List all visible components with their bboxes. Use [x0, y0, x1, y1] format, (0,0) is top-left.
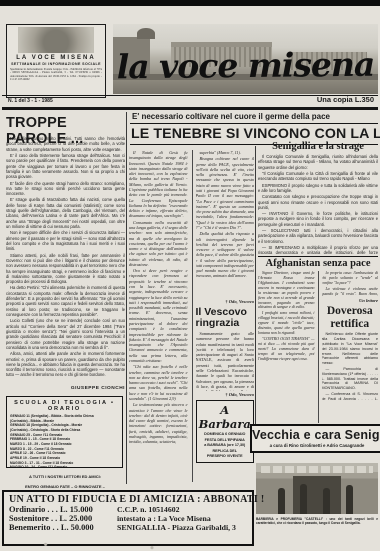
paragraph: Il Consiglio Comunale di Senigallia, riu…: [258, 154, 378, 170]
ccp-holder: intestato a : La Voce Misena: [117, 514, 211, 523]
barbara-lines: DOMENICA 6 GENNAIOFESTA DELL'EPIFANIAa B…: [199, 432, 252, 460]
paragraph: E' strage quella di Marzabotto fatta dai…: [6, 197, 125, 229]
tier-ordinario: Ordinario . . . L. 15.000: [9, 505, 117, 514]
column-divider: [255, 146, 256, 424]
paragraph: La violenza è violenza anche quando fa "…: [322, 287, 379, 297]
paragraph: Consumato nella oscurità di una lunga ga…: [129, 220, 188, 268]
dome-shape: [137, 28, 156, 39]
paragraph: superbia" (Marco 7, 11).: [196, 150, 255, 155]
masthead-smallprint: Spedizione in Abbonamento Postale Gruppo…: [10, 68, 102, 83]
paragraph: Constatato con sdegno e preoccupazione c…: [258, 194, 378, 210]
paragraph: Lucio Colletti (uno che se ne intende) c…: [6, 318, 125, 350]
paragraph: Ora si deve però reagire e rispondere co…: [129, 268, 188, 363]
copy-price: Una copia L.350: [317, 95, 374, 104]
rule: [258, 256, 378, 257]
vecchia-title: Vecchia e cara Senigallia: [252, 428, 380, 442]
paragraph: Ha detto Pertini: "Chi alimenta polemich…: [6, 285, 125, 317]
afghanistan-col-b-text: la propria casa: l'ambasciata di chi par…: [322, 271, 379, 297]
paragraph: La testimonianza più sincera e autentica…: [129, 402, 188, 444]
article-vescovo-ringrazia: Sommamente grato alle numerose persone c…: [196, 331, 255, 391]
bishop-signature: † Odo, Vescovo: [196, 299, 255, 304]
person-figure: [278, 488, 285, 514]
headline-doverosa-rettifica: Doverosa rettifica: [322, 305, 379, 330]
paragraph: — SOLLECITANO tutti i democratici, i cit…: [258, 228, 378, 244]
photo-caption: BARBIERIA e PROFUMERIA "CASTELLI" : uno …: [256, 517, 378, 526]
byline-giuseppe-cionchi: GIUSEPPE CIONCHI: [6, 386, 125, 391]
scuola-schedule: GENNAIO 11 (Senigallia) - Bibbia - Stori…: [10, 414, 119, 468]
paragraph: Dalla qualità della risposta a tali inte…: [196, 231, 255, 279]
vecchia-senigallia-box: Vecchia e cara Senigallia a cura di Rino…: [250, 424, 380, 453]
paragraph: Signor Direttore, cinque anni fa l'Armat…: [258, 271, 315, 310]
person-figure: [346, 485, 353, 514]
paper-specks: [0, 540, 380, 551]
rocca-photo: [18, 27, 94, 53]
tier-sostenitore: Sostenitore . . L. 25.000: [9, 514, 117, 523]
issue-number: N. 1 del 3 - 1 - 1985: [8, 98, 53, 104]
kicker: E' necessario coltivare nel cuore il ger…: [130, 111, 378, 124]
rule-thick: [2, 107, 378, 110]
masthead-info-box: LA VOCE MISENA SETTIMANALE DI INFORMAZIO…: [6, 24, 106, 98]
paragraph: — Conferenza di S. Vincenzo de Paoli di …: [322, 392, 379, 402]
headline-afghanistan: Afghanistan senza pace: [258, 258, 378, 269]
scuola-teologia-box: SCUOLA DI TEOLOGIA • ORARIO GENNAIO 11 (…: [6, 396, 123, 468]
editorial-col-b: superbia" (Marco 7, 11).Bisogna coltivar…: [192, 150, 255, 482]
subscription-row: Sostenitore . . L. 25.000 intestato a : …: [9, 514, 247, 523]
paragraph: Allora, amici, attenti alle parole anche…: [6, 351, 125, 378]
paragraph: — SI IMPEGNANO a moltiplicare il proprio…: [258, 245, 378, 254]
paragraph: — INVITANO il Governo, le forze politich…: [258, 211, 378, 227]
paragraph: E' il caso della tristemente famosa stra…: [6, 153, 125, 180]
barbara-notice-box: A Barbara DOMENICA 6 GENNAIOFESTA DELL'E…: [196, 400, 255, 463]
paragraph: Non è neppure difficile dire che i servi…: [6, 230, 125, 251]
headline-vescovo-ringrazia: Il Vescovo ringrazia: [196, 307, 255, 329]
nameplate-script-title: la voce misena: [113, 45, 378, 87]
rettifica-title-line2: rettifica: [330, 318, 369, 330]
ccp-number: C.C.P. n. 10514602: [117, 505, 180, 514]
paragraph: "CONTRO OGNI TIRANNIA" — mi si dica — ch…: [258, 337, 315, 362]
paragraph: I profughi sono ormai milioni, i villagg…: [258, 311, 315, 336]
paragraph: "Chi odia suo fratello è nelle tenebre, …: [129, 364, 188, 401]
column-divider: [126, 112, 127, 484]
paragraph: E' facile dire che queste stragi hanno d…: [6, 181, 125, 197]
paragraph: Il Natale di Gesù fu insanguinato dalla …: [129, 150, 188, 219]
tier-benemerito: Benemerito . . L. 50.000: [9, 523, 117, 532]
article-senigallia-strage: Il Consiglio Comunale di Senigallia, riu…: [258, 154, 378, 254]
headline-senigallia-strage: Senigallia e la strage: [258, 141, 378, 152]
masthead-box-subtitle: SETTIMANALE DI INFORMAZIONE SOCIALE: [10, 62, 102, 66]
paragraph: ESPRIMONO il proprio sdegno e tutta la s…: [258, 183, 378, 194]
paragraph: DOMENICA 6 GENNAIO: [199, 432, 252, 438]
letter-signature: Un lettore: [322, 298, 379, 303]
person-figure: [323, 488, 330, 514]
scan-top-border: [0, 0, 380, 6]
lead-headline-block: E' necessario coltivare nel cuore il ger…: [130, 111, 378, 145]
paragraph: a BARBARA (ore 17,30): [199, 443, 252, 449]
shop-sign-shape: [261, 466, 373, 473]
storefront-photo: [256, 463, 378, 514]
barbara-title: A Barbara: [199, 403, 252, 431]
editorial-columns: Il Natale di Gesù fu insanguinato dalla …: [129, 150, 254, 482]
paragraph: — Parrocchia di Montemarciano (1ª offert…: [322, 367, 379, 391]
paragraph: Nell'elenco delle Offerte giunte alla Ca…: [322, 332, 379, 366]
subscription-box: UN ATTO DI FIDUCIA E DI AMICIZIA : ABBON…: [2, 490, 254, 546]
article-troppe-parole: Noi italiani siamo molto emotivi. Tutti …: [6, 136, 125, 384]
rettifica-title-line1: Doverosa: [327, 305, 373, 317]
editorial-col-b-text: superbia" (Marco 7, 11).Bisogna coltivar…: [196, 150, 255, 298]
afghanistan-columns: Signor Direttore, cinque anni fa l'Armat…: [258, 271, 378, 423]
paragraph: MAGGIO 10 - 24 - Come l'11 Gennaio: [10, 465, 119, 468]
scuola-title: SCUOLA DI TEOLOGIA • ORARIO: [10, 400, 119, 412]
vecchia-subtitle: a cura di Rino Girolimetti e Adrio Casag…: [252, 443, 380, 448]
paragraph: Stiamo attenti, poi, alle nobili frasi, …: [6, 253, 125, 285]
article-rettifica: Nell'elenco delle Offerte giunte alla Ca…: [322, 332, 379, 402]
editorial-col-a: Il Natale di Gesù fu insanguinato dalla …: [129, 150, 188, 482]
person-figure: [300, 484, 307, 514]
afghanistan-col-b: la propria casa: l'ambasciata di chi par…: [318, 271, 379, 423]
bishop-signature-2: † Odo, Vescovo: [196, 392, 255, 397]
afghanistan-col-a: Signor Direttore, cinque anni fa l'Armat…: [258, 271, 315, 423]
ccp-address: SENIGALLIA - Piazza Garibaldi, 3: [117, 523, 236, 532]
paragraph: A TUTTI I NOSTRI LETTORI ED AMICI:: [2, 474, 128, 480]
subscription-title: UN ATTO DI FIDUCIA E DI AMICIZIA : ABBON…: [9, 494, 247, 505]
paragraph: la propria casa: l'ambasciata di chi par…: [322, 271, 379, 286]
paragraph: PRESEPIO VIVENTE: [199, 454, 252, 460]
paragraph: "Il Consiglio Comunale e la Città di Sen…: [258, 171, 378, 182]
paragraph: Sommamente grato alle numerose persone c…: [196, 331, 255, 391]
masthead-box-title: LA VOCE MISENA: [10, 55, 102, 61]
subscription-row: Ordinario . . . L. 15.000 C.C.P. n. 1051…: [9, 505, 247, 514]
subscription-row: Benemerito . . L. 50.000 SENIGALLIA - Pi…: [9, 523, 247, 532]
right-column: Senigallia e la strage Il Consiglio Comu…: [258, 141, 378, 423]
paragraph: Bisogna coltivare nel cuore il germe del…: [196, 156, 255, 230]
newspaper-front-page: LA VOCE MISENA SETTIMANALE DI INFORMAZIO…: [0, 0, 380, 551]
paragraph: Noi italiani siamo molto emotivi. Tutti …: [6, 136, 125, 152]
